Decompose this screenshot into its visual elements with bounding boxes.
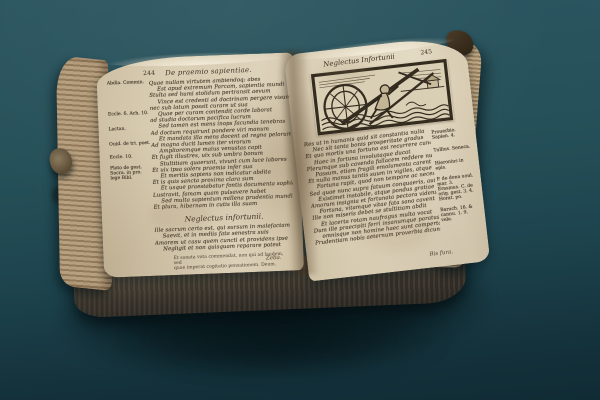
right-verse-block: Res ut in humanis quid sit constantia nu… [304,128,441,247]
margin-note: Eccle. 6. Ach. 10. [108,111,150,118]
left-page: 244 De praemio sapientiae. Abdia. Commin… [96,52,304,278]
margin-note: Ouid. de tri. poet. [109,141,151,148]
margin-note: Hieronius in epis. [435,157,474,171]
open-book: 244 De praemio sapientiae. Abdia. Commin… [0,0,600,400]
right-page-number: 245 [420,48,432,57]
left-margin-notes: Abdia. Commin.Eccle. 6. Ach. 10.Lactan.O… [107,78,156,274]
margin-note: P. de dona uoul. mar. 3. Erasmus. C. de … [437,173,478,202]
left-catchword: Zeba. [266,255,282,262]
margin-note: Tullius. Seneca. [433,144,471,153]
section-verse-block: Ille sacrum certo est, qui sursum in mal… [154,223,295,253]
margin-note: Prouerbio. Sapien. 4. [431,127,470,141]
left-verse-block: Quae nullam virtutem ambiendoq; abesEst … [149,76,294,212]
margin-note: Abdia. Commin. [107,80,149,87]
right-catchword: Bis fura. [429,249,453,258]
margin-note: Plato de gest. Socra. in pro. lege Bibl. [110,165,153,182]
museum-photo-scene: 244 De praemio sapientiae. Abdia. Commin… [0,0,600,400]
margin-note: Lactan. [108,126,150,133]
margin-note: Eccle. 10. [110,154,152,161]
margin-note: Baruch. 16. & cannu. 1. 9. vele. [440,204,479,223]
